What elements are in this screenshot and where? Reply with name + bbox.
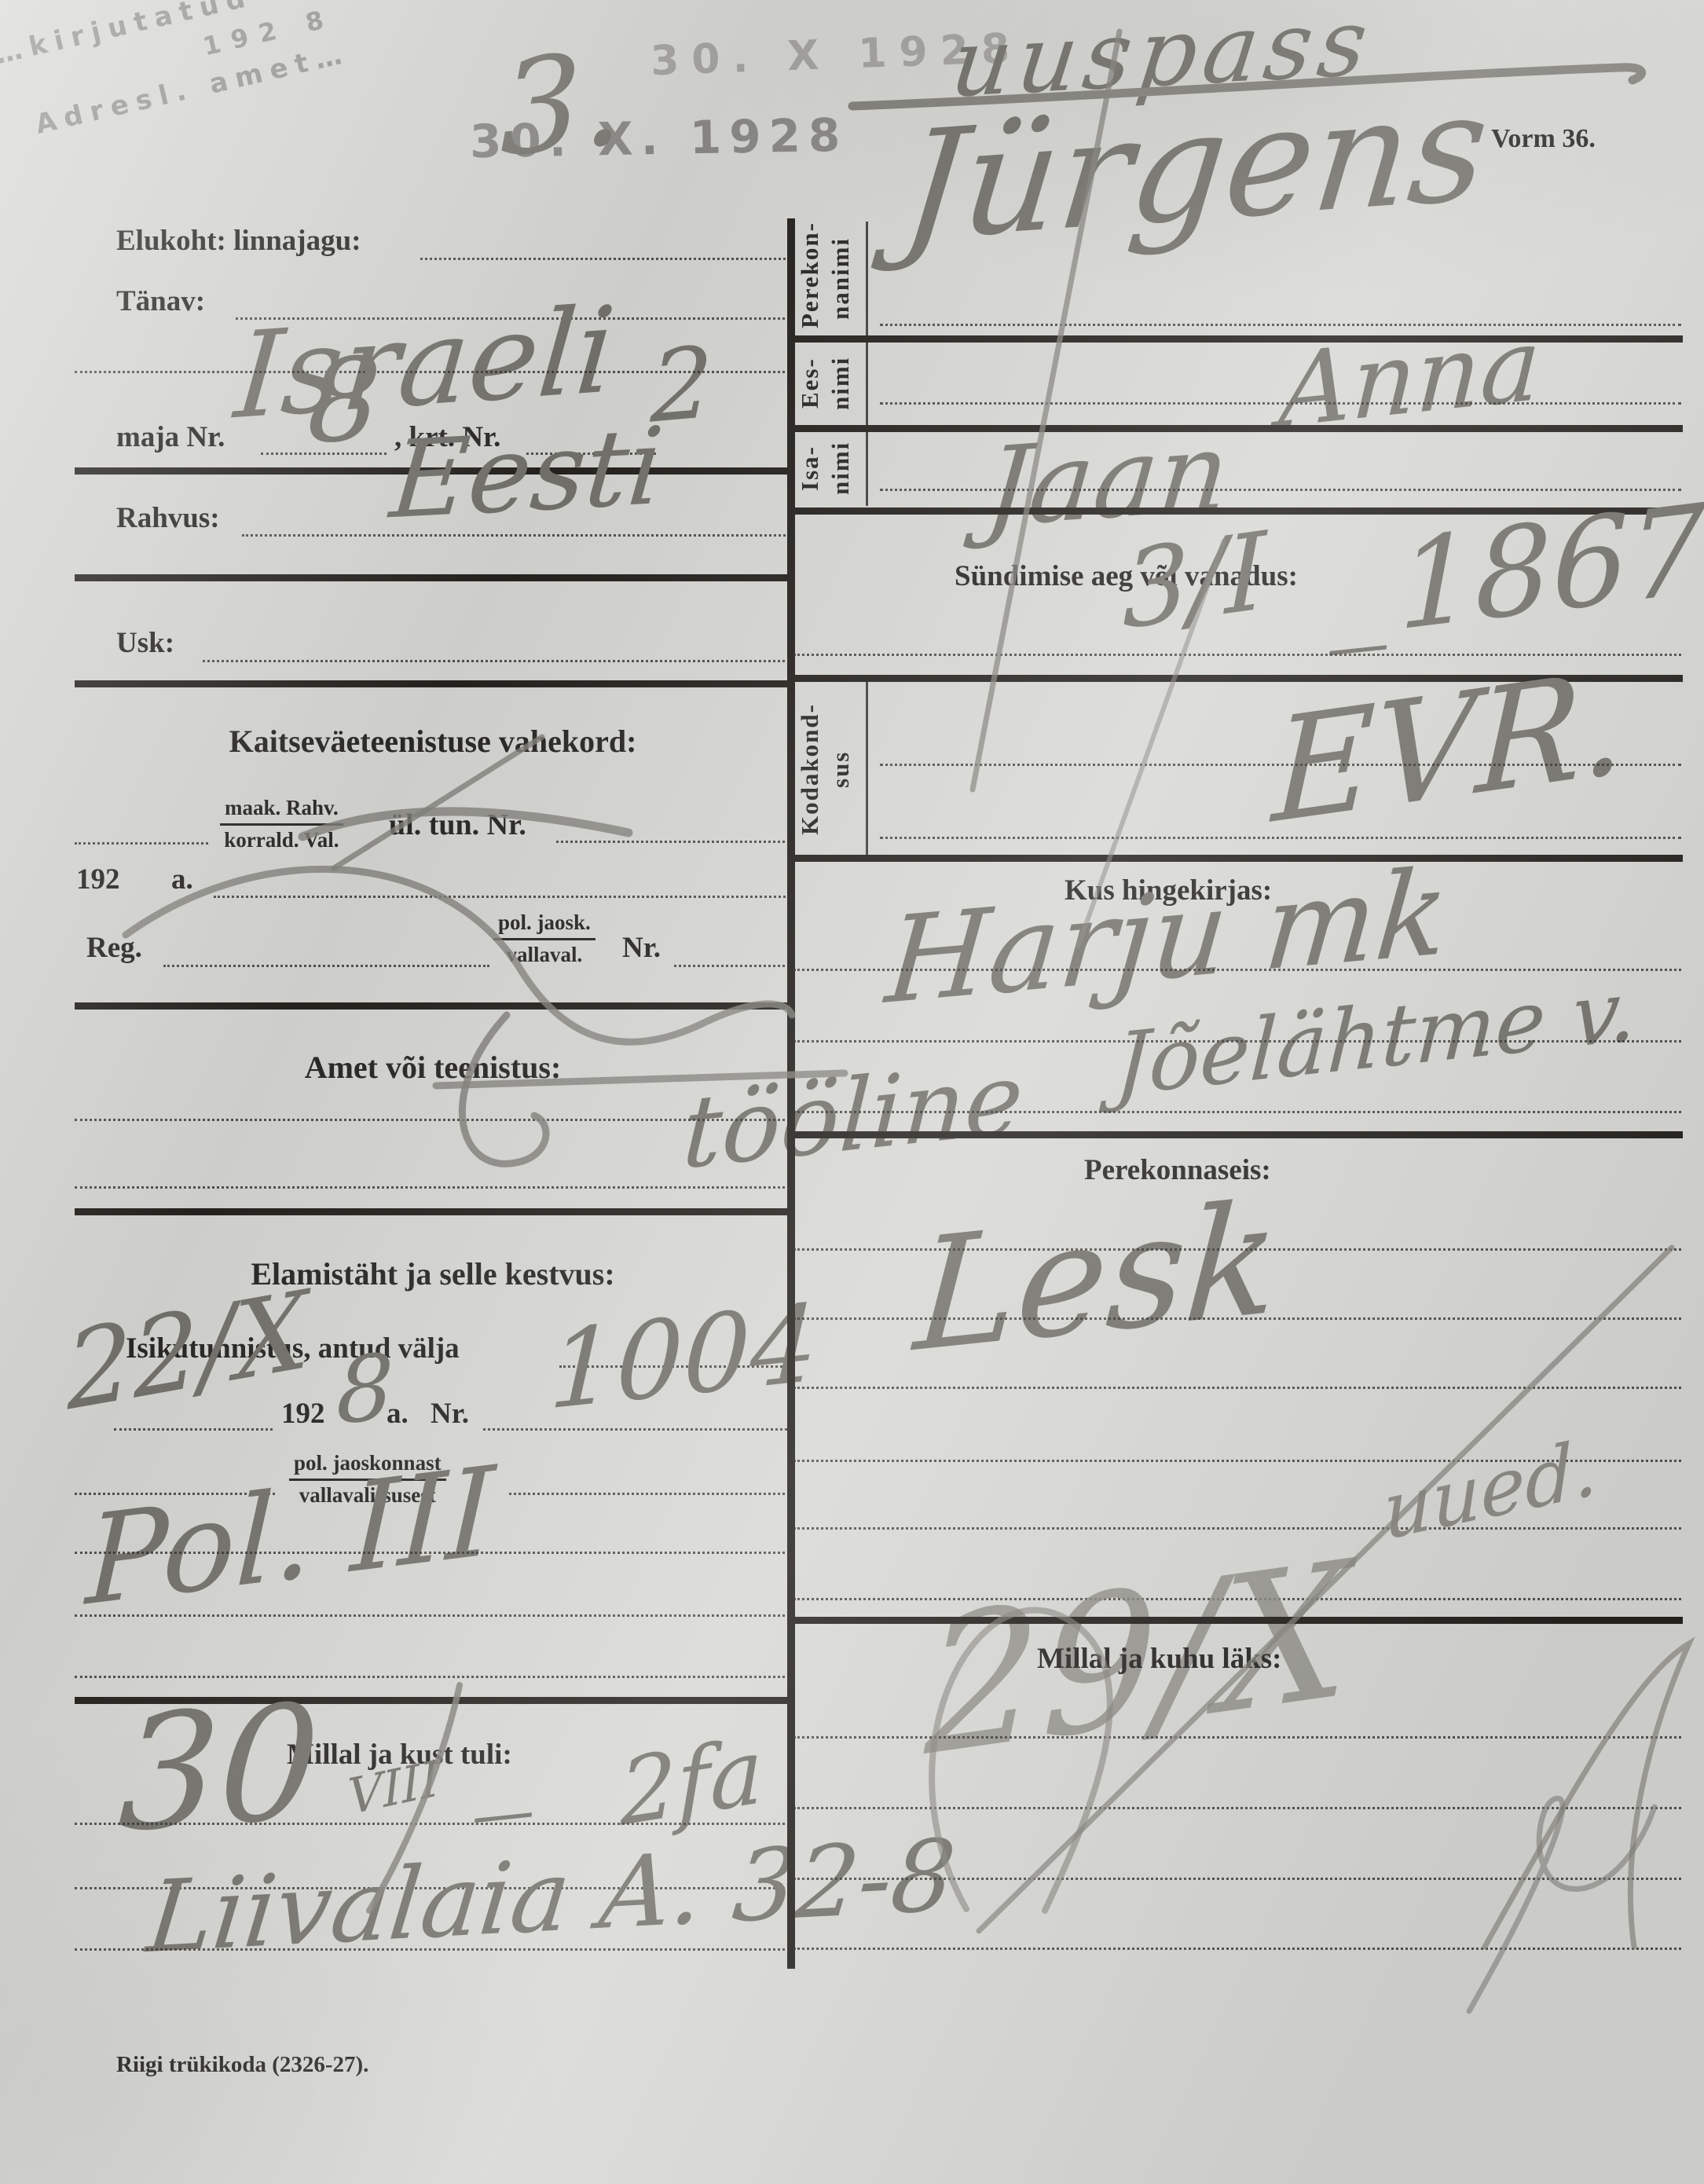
field-elukoht-label: Elukoht: linnajagu: (116, 224, 361, 258)
column-divider-bar (787, 218, 795, 1969)
field-tanav-label: Tänav: (116, 284, 205, 318)
dotted-line (75, 1186, 790, 1189)
label-maak-rahv: maak. Rahv. (220, 795, 343, 826)
section-rule (787, 1617, 1683, 1624)
field-kodakondsus-label: Kodakond- sus (795, 688, 856, 850)
dotted-line (880, 324, 1681, 326)
dotted-line (793, 1040, 1681, 1043)
label-korrald-val: korrald. Val. (220, 826, 343, 854)
handwritten-year-8: 8 (335, 1343, 394, 1438)
dotted-line (880, 402, 1681, 405)
dotted-line (674, 965, 790, 967)
field-maja-label: maja Nr. (116, 420, 225, 454)
dotted-line (793, 1317, 1681, 1320)
registration-form-page: 30. X 1928 30. X. 1928 3. uuspass Vorm 3… (0, 0, 1704, 2184)
section-rule (75, 574, 791, 581)
dotted-line (75, 1823, 790, 1825)
dotted-line (75, 1948, 790, 1951)
section-rule (75, 680, 791, 687)
field-eesnimi-label: Ees- nimi (795, 344, 856, 423)
dotted-line (880, 837, 1681, 839)
section-rule (75, 1002, 791, 1010)
handwritten-uued-note: uued. (1382, 1428, 1599, 1552)
handwritten-surname: Jürgens (896, 71, 1495, 263)
departure-office-stamp: …kirjutatud 192 8 Adresl. amet… (0, 0, 353, 146)
label-a2: a. (387, 1397, 409, 1431)
handwritten-firstname: Anna (1277, 314, 1544, 443)
dotted-line (483, 1428, 787, 1431)
handwritten-birth-day: 3/I (1123, 517, 1266, 644)
heading-elamistaht: Elamistäht ja selle kestvus: (75, 1255, 791, 1292)
dotted-line (75, 371, 790, 373)
form-number: Vorm 36. (1491, 124, 1596, 154)
label-column-line (866, 222, 868, 506)
field-perekonnanimi-label: Perekon- nanimi (795, 228, 856, 328)
printer-note: Riigi trükikoda (2326-27). (116, 2052, 368, 2078)
field-isanimi-label: Isa- nimi (795, 432, 856, 504)
section-rule (787, 425, 1683, 432)
dotted-line (793, 1948, 1681, 1950)
heading-amet: Amet või teenistus: (75, 1049, 791, 1086)
label-nr2: Nr. (431, 1397, 469, 1431)
section-rule (787, 1131, 1683, 1138)
dotted-line (420, 258, 786, 260)
section-rule (787, 855, 1683, 862)
heading-millal-laks: Millal ja kuhu läks: (1037, 1642, 1282, 1676)
dotted-line (509, 1493, 790, 1495)
dotted-line (880, 764, 1681, 766)
field-reg-label: Reg. (86, 931, 142, 965)
heading-kaitsevaeteenistus: Kaitseväeteenistuse vahekord: (75, 723, 791, 760)
section-rule (787, 335, 1683, 343)
dotted-line (793, 1736, 1681, 1739)
dotted-line (203, 660, 790, 662)
handwritten-dash: — (468, 1779, 537, 1848)
field-usk-label: Usk: (116, 626, 174, 660)
label-ul-tun-nr: ül. tun. Nr. (389, 808, 526, 842)
label-column-line (866, 682, 868, 855)
label-reg-nr: Nr. (622, 931, 661, 965)
dotted-line (75, 842, 208, 845)
dotted-line (214, 896, 790, 898)
dotted-line (556, 841, 790, 843)
dotted-line (75, 1119, 790, 1121)
dotted-line (880, 489, 1681, 491)
dotted-line (793, 1387, 1681, 1389)
dotted-line (793, 1807, 1681, 1809)
dotted-line (114, 1428, 273, 1431)
dotted-line (75, 1614, 790, 1617)
section-rule (75, 1208, 791, 1215)
label-vallaval: vallaval. (493, 940, 595, 969)
handwritten-birth-dash: — (1323, 611, 1392, 680)
handwritten-marital-status: Lesk (911, 1181, 1283, 1374)
label-year-192b: 192 (281, 1397, 325, 1431)
dotted-line (793, 1111, 1681, 1113)
field-rahvus-label: Rahvus: (116, 501, 220, 535)
handwritten-number-3: 3. (500, 32, 623, 175)
dotted-line (793, 1878, 1681, 1880)
handwritten-arrival-day: 30 (115, 1684, 323, 1856)
handwritten-nationality: Eesti (387, 413, 667, 534)
label-pol-vallaval-fraction: pol. jaosk. vallaval. (493, 910, 595, 969)
dotted-line (75, 1552, 790, 1554)
label-a: a. (171, 863, 193, 896)
handwritten-issue-date: 22/X (64, 1276, 310, 1426)
label-maak-korrald-fraction: maak. Rahv. korrald. Val. (220, 795, 343, 854)
label-year-192: 192 (76, 863, 120, 896)
dotted-line (793, 1527, 1681, 1530)
label-pol-jaosk: pol. jaosk. (493, 910, 595, 940)
handwritten-certificate-number: 1004 (548, 1289, 819, 1424)
dotted-line (163, 965, 489, 967)
dotted-line (75, 1676, 790, 1678)
handwritten-house-number: 8 (305, 342, 383, 460)
handwritten-police-district: Pol. III (84, 1449, 497, 1623)
dotted-line (793, 1248, 1681, 1251)
dotted-line (793, 969, 1681, 971)
